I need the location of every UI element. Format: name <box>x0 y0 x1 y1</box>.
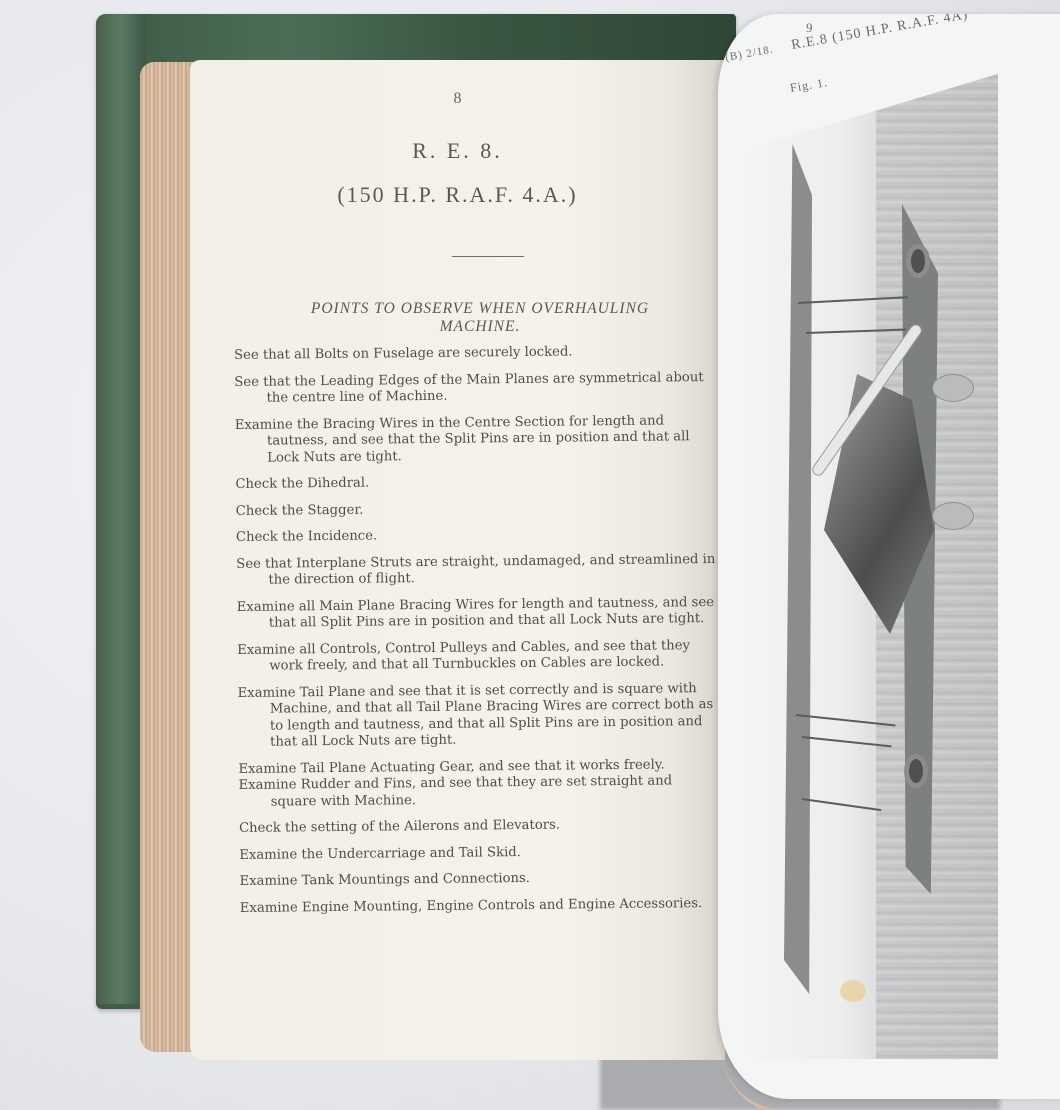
roundel <box>906 244 930 278</box>
list-item: Examine Rudder and Fins, and see that th… <box>239 773 719 811</box>
figure-label: Fig. 1. <box>789 75 829 96</box>
figure-caption: (B) 2/18. R.E.8 (150 H.P. R.A.F. 4A) <box>724 14 970 66</box>
list-item: Check the Incidence. <box>236 525 716 547</box>
section-heading: POINTS TO OBSERVE WHEN OVERHAULING MACHI… <box>270 300 690 336</box>
interplane-strut <box>802 798 881 811</box>
checklist: See that all Bolts on Fuselage are secur… <box>234 343 720 927</box>
list-item: Examine all Controls, Control Pulleys an… <box>237 637 717 675</box>
list-item: Examine the Undercarriage and Tail Skid. <box>239 842 719 864</box>
list-item: Check the Dihedral. <box>235 472 715 494</box>
biplane-photo <box>736 74 998 1059</box>
page-edge <box>722 1050 1060 1110</box>
caption-text: R.E.8 (150 H.P. R.A.F. 4A) <box>790 14 969 53</box>
list-item: See that all Bolts on Fuselage are secur… <box>234 343 714 365</box>
divider <box>452 256 524 257</box>
page-title: R. E. 8. <box>190 138 725 164</box>
page-subtitle: (150 H.P. R.A.F. 4.A.) <box>190 182 725 208</box>
page-number: 8 <box>190 90 725 108</box>
list-item: Examine Tank Mountings and Connections. <box>240 869 720 891</box>
list-item: Check the setting of the Ailerons and El… <box>239 816 719 838</box>
book-spine-edge <box>96 14 146 1004</box>
caption-date: (B) 2/18. <box>724 44 774 64</box>
left-page: 8 R. E. 8. (150 H.P. R.A.F. 4.A.) POINTS… <box>190 60 725 1060</box>
right-page: 9 (B) 2/18. R.E.8 (150 H.P. R.A.F. 4A) F… <box>718 14 1060 1099</box>
stain <box>840 980 866 1002</box>
lower-wing <box>784 144 812 994</box>
list-item: Examine Tail Plane and see that it is se… <box>238 680 719 751</box>
list-item: See that Interplane Struts are straight,… <box>236 551 716 589</box>
list-item: Examine all Main Plane Bracing Wires for… <box>237 594 717 632</box>
list-item: Examine the Bracing Wires in the Centre … <box>235 412 715 467</box>
list-item: See that the Leading Edges of the Main P… <box>234 369 714 407</box>
wheel <box>932 374 974 402</box>
roundel <box>904 754 928 788</box>
wheel <box>932 502 974 530</box>
list-item: Examine Engine Mounting, Engine Controls… <box>240 895 720 917</box>
list-item: Check the Stagger. <box>236 498 716 520</box>
